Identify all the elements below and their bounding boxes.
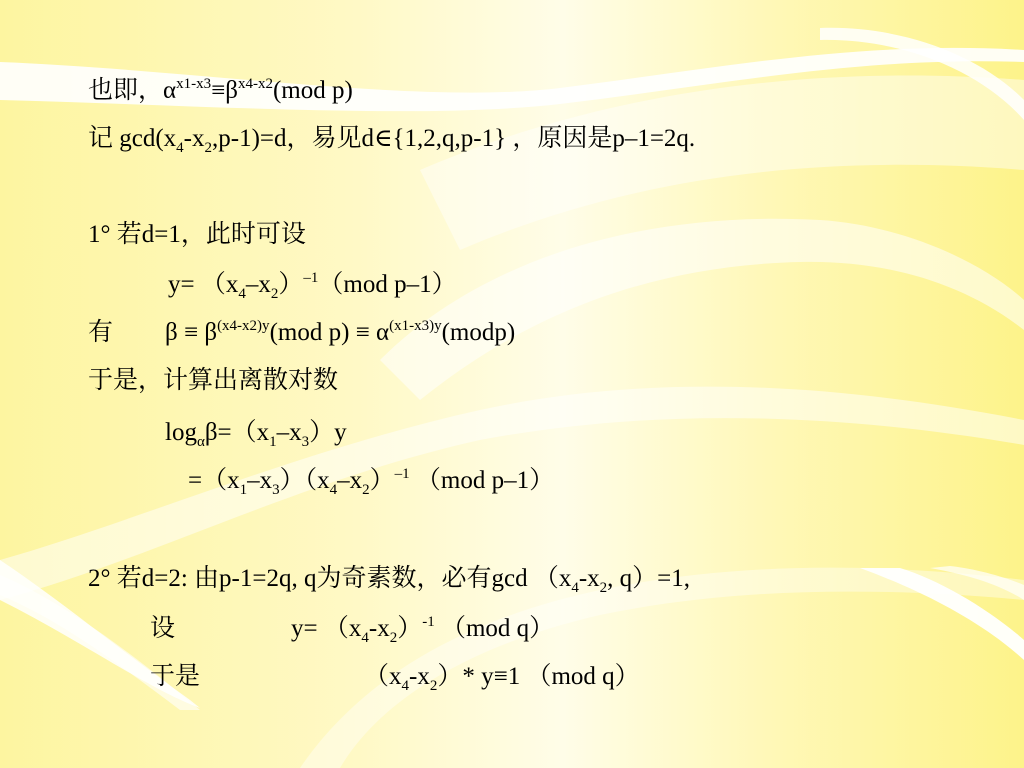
subscript: 3 [272, 482, 280, 498]
line-label: 于是 [150, 663, 200, 690]
text-segment: (mod p) ≡ α [270, 319, 390, 346]
text-segment: 记 gcd(x [88, 125, 176, 152]
text-segment: ）y [309, 419, 347, 446]
line-label: 有 [88, 319, 113, 346]
equation-line-4: y= （x4–x2）–1（mod p–1） [168, 270, 457, 300]
text-segment: =（x [188, 467, 240, 494]
exponent: –1 [303, 270, 318, 286]
text-segment: （mod q） [435, 615, 554, 642]
case-2-heading: 2° 若d=2: 由p-1=2q, q为奇素数，必有gcd （x4-x2, q）… [88, 564, 690, 594]
subscript: 1 [240, 482, 248, 498]
text-segment: ） [397, 615, 422, 642]
exponent: –1 [395, 466, 410, 482]
equation-line-8: =（x1–x3）（x4–x2）–1 （mod p–1） [188, 466, 554, 496]
text-segment: -x [184, 125, 205, 152]
equation-line-10: 设y= （x4-x2）-1 （mod q） [150, 614, 554, 644]
text-segment: 于是，计算出离散对数 [88, 367, 338, 394]
exponent: -1 [422, 614, 435, 630]
text-segment: –x [337, 467, 362, 494]
equation-line-7: logαβ=（x1–x3）y [165, 418, 347, 448]
text-segment: -x [579, 565, 600, 592]
subscript: 2 [205, 140, 213, 156]
text-segment: ）* y≡1 （mod q） [437, 663, 639, 690]
mod-text: (mod p) [273, 77, 353, 104]
text-segment: β ≡ β [165, 319, 217, 346]
text-segment: 1° 若d=1，此时可设 [88, 221, 306, 248]
equiv-symbol: ≡ [211, 77, 225, 104]
text-segment: -x [409, 663, 430, 690]
equation-line-2: 记 gcd(x4-x2,p-1)=d，易见d∈{1,2,q,p-1} ，原因是p… [88, 124, 695, 154]
subscript: 4 [238, 286, 246, 302]
text-segment: y= （x [291, 615, 361, 642]
beta-symbol: β [225, 77, 238, 104]
text-segment: （x [364, 663, 402, 690]
log-base: α [197, 434, 205, 450]
text-segment: –x [246, 271, 271, 298]
case-1-heading: 1° 若d=1，此时可设 [88, 220, 306, 250]
subscript: 1 [269, 434, 277, 450]
text-segment: ） [278, 271, 303, 298]
text-segment: ）（x [280, 467, 330, 494]
subscript: 4 [361, 630, 369, 646]
text-segment: β=（x [205, 419, 269, 446]
text-segment: （mod p–1） [318, 271, 456, 298]
text-segment: 2° 若d=2: 由p-1=2q, q为奇素数，必有gcd （x [88, 565, 571, 592]
text-segment: , q）=1, [607, 565, 690, 592]
slide-content: 也即，αx1-x3≡βx4-x2(mod p) 记 gcd(x4-x2,p-1)… [0, 0, 1024, 768]
subscript: 4 [176, 140, 184, 156]
text-segment: ） [370, 467, 395, 494]
text-segment: ,p-1)=d，易见d∈{1,2,q,p-1} ，原因是p–1=2q. [212, 125, 695, 152]
line-label: 设 [150, 615, 175, 642]
alpha-exponent: x1-x3 [176, 76, 211, 92]
subscript: 4 [571, 580, 579, 596]
equation-line-11: 于是（x4-x2）* y≡1 （mod q） [150, 662, 640, 692]
text-segment: log [165, 419, 197, 446]
subscript: 4 [402, 678, 410, 694]
beta-exponent: x4-x2 [238, 76, 273, 92]
exponent: (x1-x3)y [389, 318, 442, 334]
text-segment: -x [369, 615, 390, 642]
alpha-symbol: α [163, 77, 176, 104]
discrete-log-heading: 于是，计算出离散对数 [88, 366, 338, 396]
text-segment: –x [277, 419, 302, 446]
equation-line-5: 有β ≡ β(x4-x2)y(mod p) ≡ α(x1-x3)y(modp) [88, 318, 515, 348]
subscript: 4 [330, 482, 338, 498]
text-segment: y= （x [168, 271, 238, 298]
text-segment: –x [247, 467, 272, 494]
subscript: 2 [362, 482, 370, 498]
text-prefix: 也即， [88, 77, 163, 104]
text-segment: （mod p–1） [410, 467, 554, 494]
equation-line-1: 也即，αx1-x3≡βx4-x2(mod p) [88, 76, 353, 106]
text-segment: (modp) [442, 319, 516, 346]
exponent: (x4-x2)y [217, 318, 270, 334]
